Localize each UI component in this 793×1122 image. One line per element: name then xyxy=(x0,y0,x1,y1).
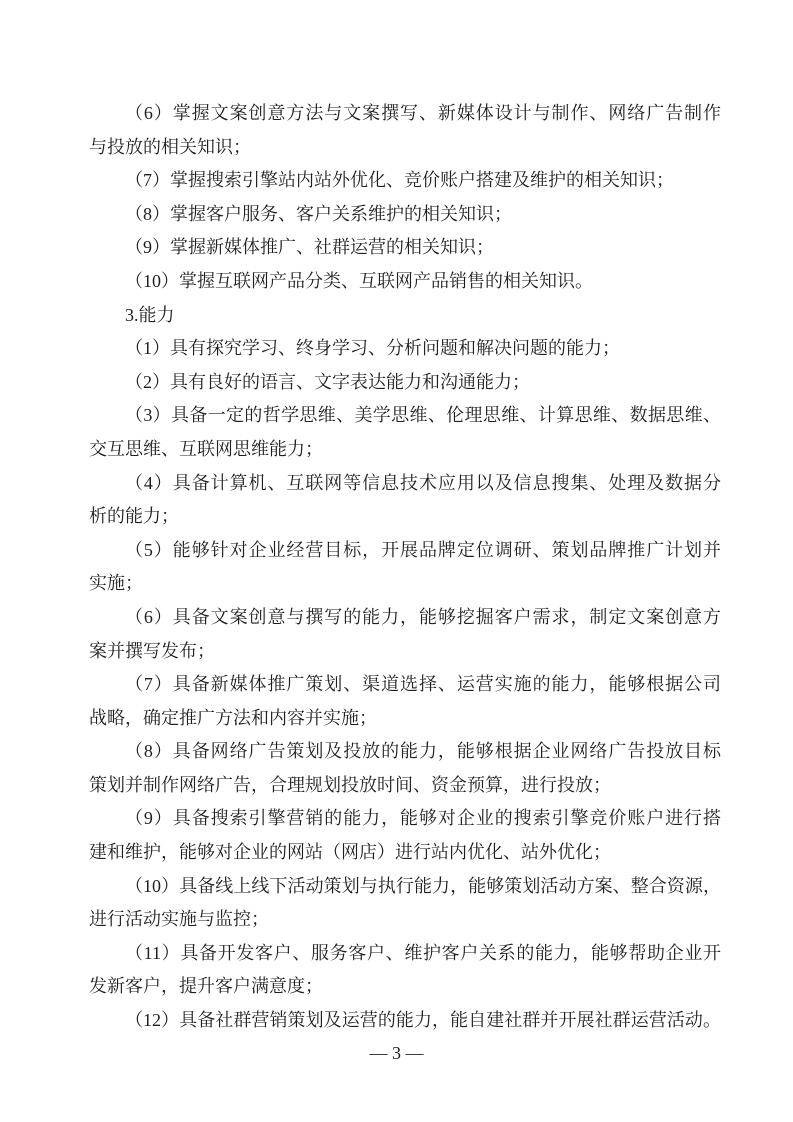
text-line: （6）具备文案创意与撰写的能力，能够挖掘客户需求，制定文案创意方 xyxy=(89,601,721,635)
text-line: （2）具有良好的语言、文字表达能力和沟通能力； xyxy=(89,366,721,400)
paragraph-knowledge-6: （6）掌握文案创意方法与文案撰写、新媒体设计与制作、网络广告制作 与投放的相关知… xyxy=(89,97,721,164)
heading-line: 3.能力 xyxy=(89,299,721,333)
paragraph-ability-8: （8）具备网络广告策划及投放的能力，能够根据企业网络广告投放目标 策划并制作网络… xyxy=(89,735,721,802)
text-line: （10）掌握互联网产品分类、互联网产品销售的相关知识。 xyxy=(89,265,721,299)
text-line: （9）掌握新媒体推广、社群运营的相关知识； xyxy=(89,231,721,265)
text-line: （11）具备开发客户、服务客户、维护客户关系的能力，能够帮助企业开 xyxy=(89,937,721,971)
text-line: （1）具有探究学习、终身学习、分析问题和解决问题的能力； xyxy=(89,332,721,366)
text-line: （8）具备网络广告策划及投放的能力，能够根据企业网络广告投放目标 xyxy=(89,735,721,769)
text-line: 交互思维、互联网思维能力； xyxy=(89,433,721,467)
text-line: 与投放的相关知识； xyxy=(89,131,721,165)
text-line: （5）能够针对企业经营目标，开展品牌定位调研、策划品牌推广计划并 xyxy=(89,534,721,568)
paragraph-ability-6: （6）具备文案创意与撰写的能力，能够挖掘客户需求，制定文案创意方 案并撰写发布； xyxy=(89,601,721,668)
text-line: （12）具备社群营销策划及运营的能力，能自建社群并开展社群运营活动。 xyxy=(89,1004,721,1038)
text-line: 案并撰写发布； xyxy=(89,635,721,669)
text-line: （7）具备新媒体推广策划、渠道选择、运营实施的能力，能够根据公司 xyxy=(89,668,721,702)
paragraph-ability-3: （3）具备一定的哲学思维、美学思维、伦理思维、计算思维、数据思维、 交互思维、互… xyxy=(89,399,721,466)
page-number: — 3 — xyxy=(0,1037,793,1071)
paragraph-ability-12: （12）具备社群营销策划及运营的能力，能自建社群并开展社群运营活动。 xyxy=(89,1004,721,1038)
section-heading-ability: 3.能力 xyxy=(89,299,721,333)
paragraph-ability-9: （9）具备搜索引擎营销的能力，能够对企业的搜索引擎竞价账户进行搭 建和维护，能够… xyxy=(89,802,721,869)
text-line: （4）具备计算机、互联网等信息技术应用以及信息搜集、处理及数据分 xyxy=(89,467,721,501)
text-line: （9）具备搜索引擎营销的能力，能够对企业的搜索引擎竞价账户进行搭 xyxy=(89,802,721,836)
paragraph-knowledge-9: （9）掌握新媒体推广、社群运营的相关知识； xyxy=(89,231,721,265)
paragraph-ability-7: （7）具备新媒体推广策划、渠道选择、运营实施的能力，能够根据公司 战略，确定推广… xyxy=(89,668,721,735)
text-line: （3）具备一定的哲学思维、美学思维、伦理思维、计算思维、数据思维、 xyxy=(89,399,721,433)
paragraph-ability-10: （10）具备线上线下活动策划与执行能力，能够策划活动方案、整合资源， 进行活动实… xyxy=(89,870,721,937)
text-line: （10）具备线上线下活动策划与执行能力，能够策划活动方案、整合资源， xyxy=(89,870,721,904)
text-line: 战略，确定推广方法和内容并实施； xyxy=(89,702,721,736)
text-line: 发新客户，提升客户满意度； xyxy=(89,970,721,1004)
paragraph-ability-11: （11）具备开发客户、服务客户、维护客户关系的能力，能够帮助企业开 发新客户，提… xyxy=(89,937,721,1004)
text-line: 进行活动实施与监控； xyxy=(89,903,721,937)
paragraph-ability-1: （1）具有探究学习、终身学习、分析问题和解决问题的能力； xyxy=(89,332,721,366)
paragraph-knowledge-7: （7）掌握搜索引擎站内站外优化、竞价账户搭建及维护的相关知识； xyxy=(89,164,721,198)
text-line: （6）掌握文案创意方法与文案撰写、新媒体设计与制作、网络广告制作 xyxy=(89,97,721,131)
paragraph-knowledge-10: （10）掌握互联网产品分类、互联网产品销售的相关知识。 xyxy=(89,265,721,299)
paragraph-knowledge-8: （8）掌握客户服务、客户关系维护的相关知识； xyxy=(89,198,721,232)
paragraph-ability-4: （4）具备计算机、互联网等信息技术应用以及信息搜集、处理及数据分 析的能力； xyxy=(89,467,721,534)
document-body: （6）掌握文案创意方法与文案撰写、新媒体设计与制作、网络广告制作 与投放的相关知… xyxy=(89,97,721,1038)
text-line: 实施； xyxy=(89,567,721,601)
paragraph-ability-5: （5）能够针对企业经营目标，开展品牌定位调研、策划品牌推广计划并 实施； xyxy=(89,534,721,601)
text-line: （7）掌握搜索引擎站内站外优化、竞价账户搭建及维护的相关知识； xyxy=(89,164,721,198)
text-line: （8）掌握客户服务、客户关系维护的相关知识； xyxy=(89,198,721,232)
text-line: 析的能力； xyxy=(89,500,721,534)
text-line: 建和维护，能够对企业的网站（网店）进行站内优化、站外优化； xyxy=(89,836,721,870)
text-line: 策划并制作网络广告，合理规划投放时间、资金预算，进行投放； xyxy=(89,769,721,803)
paragraph-ability-2: （2）具有良好的语言、文字表达能力和沟通能力； xyxy=(89,366,721,400)
document-page: （6）掌握文案创意方法与文案撰写、新媒体设计与制作、网络广告制作 与投放的相关知… xyxy=(0,0,793,1122)
